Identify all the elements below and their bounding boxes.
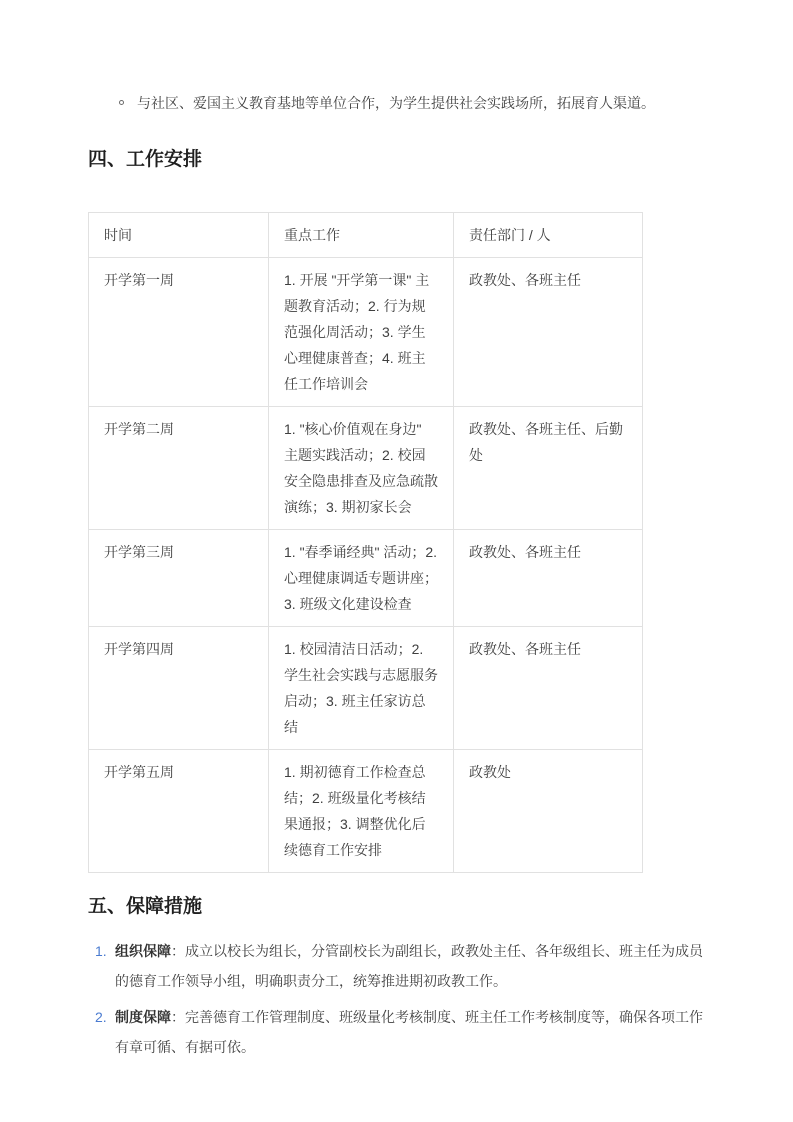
table-header-row: 时间 重点工作 责任部门 / 人	[89, 213, 643, 258]
header-cell-work: 重点工作	[269, 213, 454, 258]
list-item-body: 制度保障：完善德育工作管理制度、班级量化考核制度、班主任工作考核制度等，确保各项…	[115, 1002, 705, 1062]
list-item-text: ：成立以校长为组长，分管副校长为副组长，政教处主任、各年级组长、班主任为成员的德…	[115, 943, 703, 989]
list-item-number: 2.	[95, 1002, 115, 1032]
cell-work: 1. "春季诵经典" 活动；2. 心理健康调适专题讲座；3. 班级文化建设检查	[269, 530, 454, 627]
document-page: 与社区、爱国主义教育基地等单位合作，为学生提供社会实践场所，拓展育人渠道。 四、…	[0, 0, 793, 1122]
cell-dept: 政教处、各班主任、后勤处	[454, 407, 643, 530]
intro-bullet-item: 与社区、爱国主义教育基地等单位合作，为学生提供社会实践场所，拓展育人渠道。	[88, 92, 705, 114]
header-cell-dept: 责任部门 / 人	[454, 213, 643, 258]
list-item-text: ：完善德育工作管理制度、班级量化考核制度、班主任工作考核制度等，确保各项工作有章…	[115, 1009, 703, 1055]
list-item-label: 制度保障	[115, 1009, 171, 1025]
list-item-body: 组织保障：成立以校长为组长，分管副校长为副组长，政教处主任、各年级组长、班主任为…	[115, 936, 705, 996]
hollow-circle-bullet-icon	[119, 100, 124, 105]
cell-time: 开学第三周	[89, 530, 269, 627]
list-item: 2. 制度保障：完善德育工作管理制度、班级量化考核制度、班主任工作考核制度等，确…	[88, 1002, 705, 1062]
section-five-heading: 五、保障措施	[88, 895, 705, 919]
cell-dept: 政教处、各班主任	[454, 258, 643, 407]
list-item-label: 组织保障	[115, 943, 171, 959]
guarantee-ordered-list: 1. 组织保障：成立以校长为组长，分管副校长为副组长，政教处主任、各年级组长、班…	[88, 936, 705, 1062]
table-row: 开学第二周 1. "核心价值观在身边" 主题实践活动；2. 校园安全隐患排查及应…	[89, 407, 643, 530]
intro-bullet-text: 与社区、爱国主义教育基地等单位合作，为学生提供社会实践场所，拓展育人渠道。	[137, 92, 655, 114]
section-four-heading: 四、工作安排	[88, 148, 705, 172]
cell-dept: 政教处、各班主任	[454, 530, 643, 627]
list-item: 1. 组织保障：成立以校长为组长，分管副校长为副组长，政教处主任、各年级组长、班…	[88, 936, 705, 996]
cell-work: 1. 开展 "开学第一课" 主题教育活动；2. 行为规范强化周活动；3. 学生心…	[269, 258, 454, 407]
table-row: 开学第五周 1. 期初德育工作检查总结；2. 班级量化考核结果通报；3. 调整优…	[89, 750, 643, 873]
table-row: 开学第四周 1. 校园清洁日活动；2. 学生社会实践与志愿服务启动；3. 班主任…	[89, 627, 643, 750]
table-row: 开学第一周 1. 开展 "开学第一课" 主题教育活动；2. 行为规范强化周活动；…	[89, 258, 643, 407]
list-item-number: 1.	[95, 936, 115, 966]
cell-work: 1. "核心价值观在身边" 主题实践活动；2. 校园安全隐患排查及应急疏散演练；…	[269, 407, 454, 530]
cell-time: 开学第四周	[89, 627, 269, 750]
cell-dept: 政教处	[454, 750, 643, 873]
cell-time: 开学第二周	[89, 407, 269, 530]
cell-dept: 政教处、各班主任	[454, 627, 643, 750]
cell-time: 开学第五周	[89, 750, 269, 873]
work-schedule-table: 时间 重点工作 责任部门 / 人 开学第一周 1. 开展 "开学第一课" 主题教…	[88, 212, 643, 873]
cell-work: 1. 校园清洁日活动；2. 学生社会实践与志愿服务启动；3. 班主任家访总结	[269, 627, 454, 750]
cell-time: 开学第一周	[89, 258, 269, 407]
cell-work: 1. 期初德育工作检查总结；2. 班级量化考核结果通报；3. 调整优化后续德育工…	[269, 750, 454, 873]
table-row: 开学第三周 1. "春季诵经典" 活动；2. 心理健康调适专题讲座；3. 班级文…	[89, 530, 643, 627]
header-cell-time: 时间	[89, 213, 269, 258]
